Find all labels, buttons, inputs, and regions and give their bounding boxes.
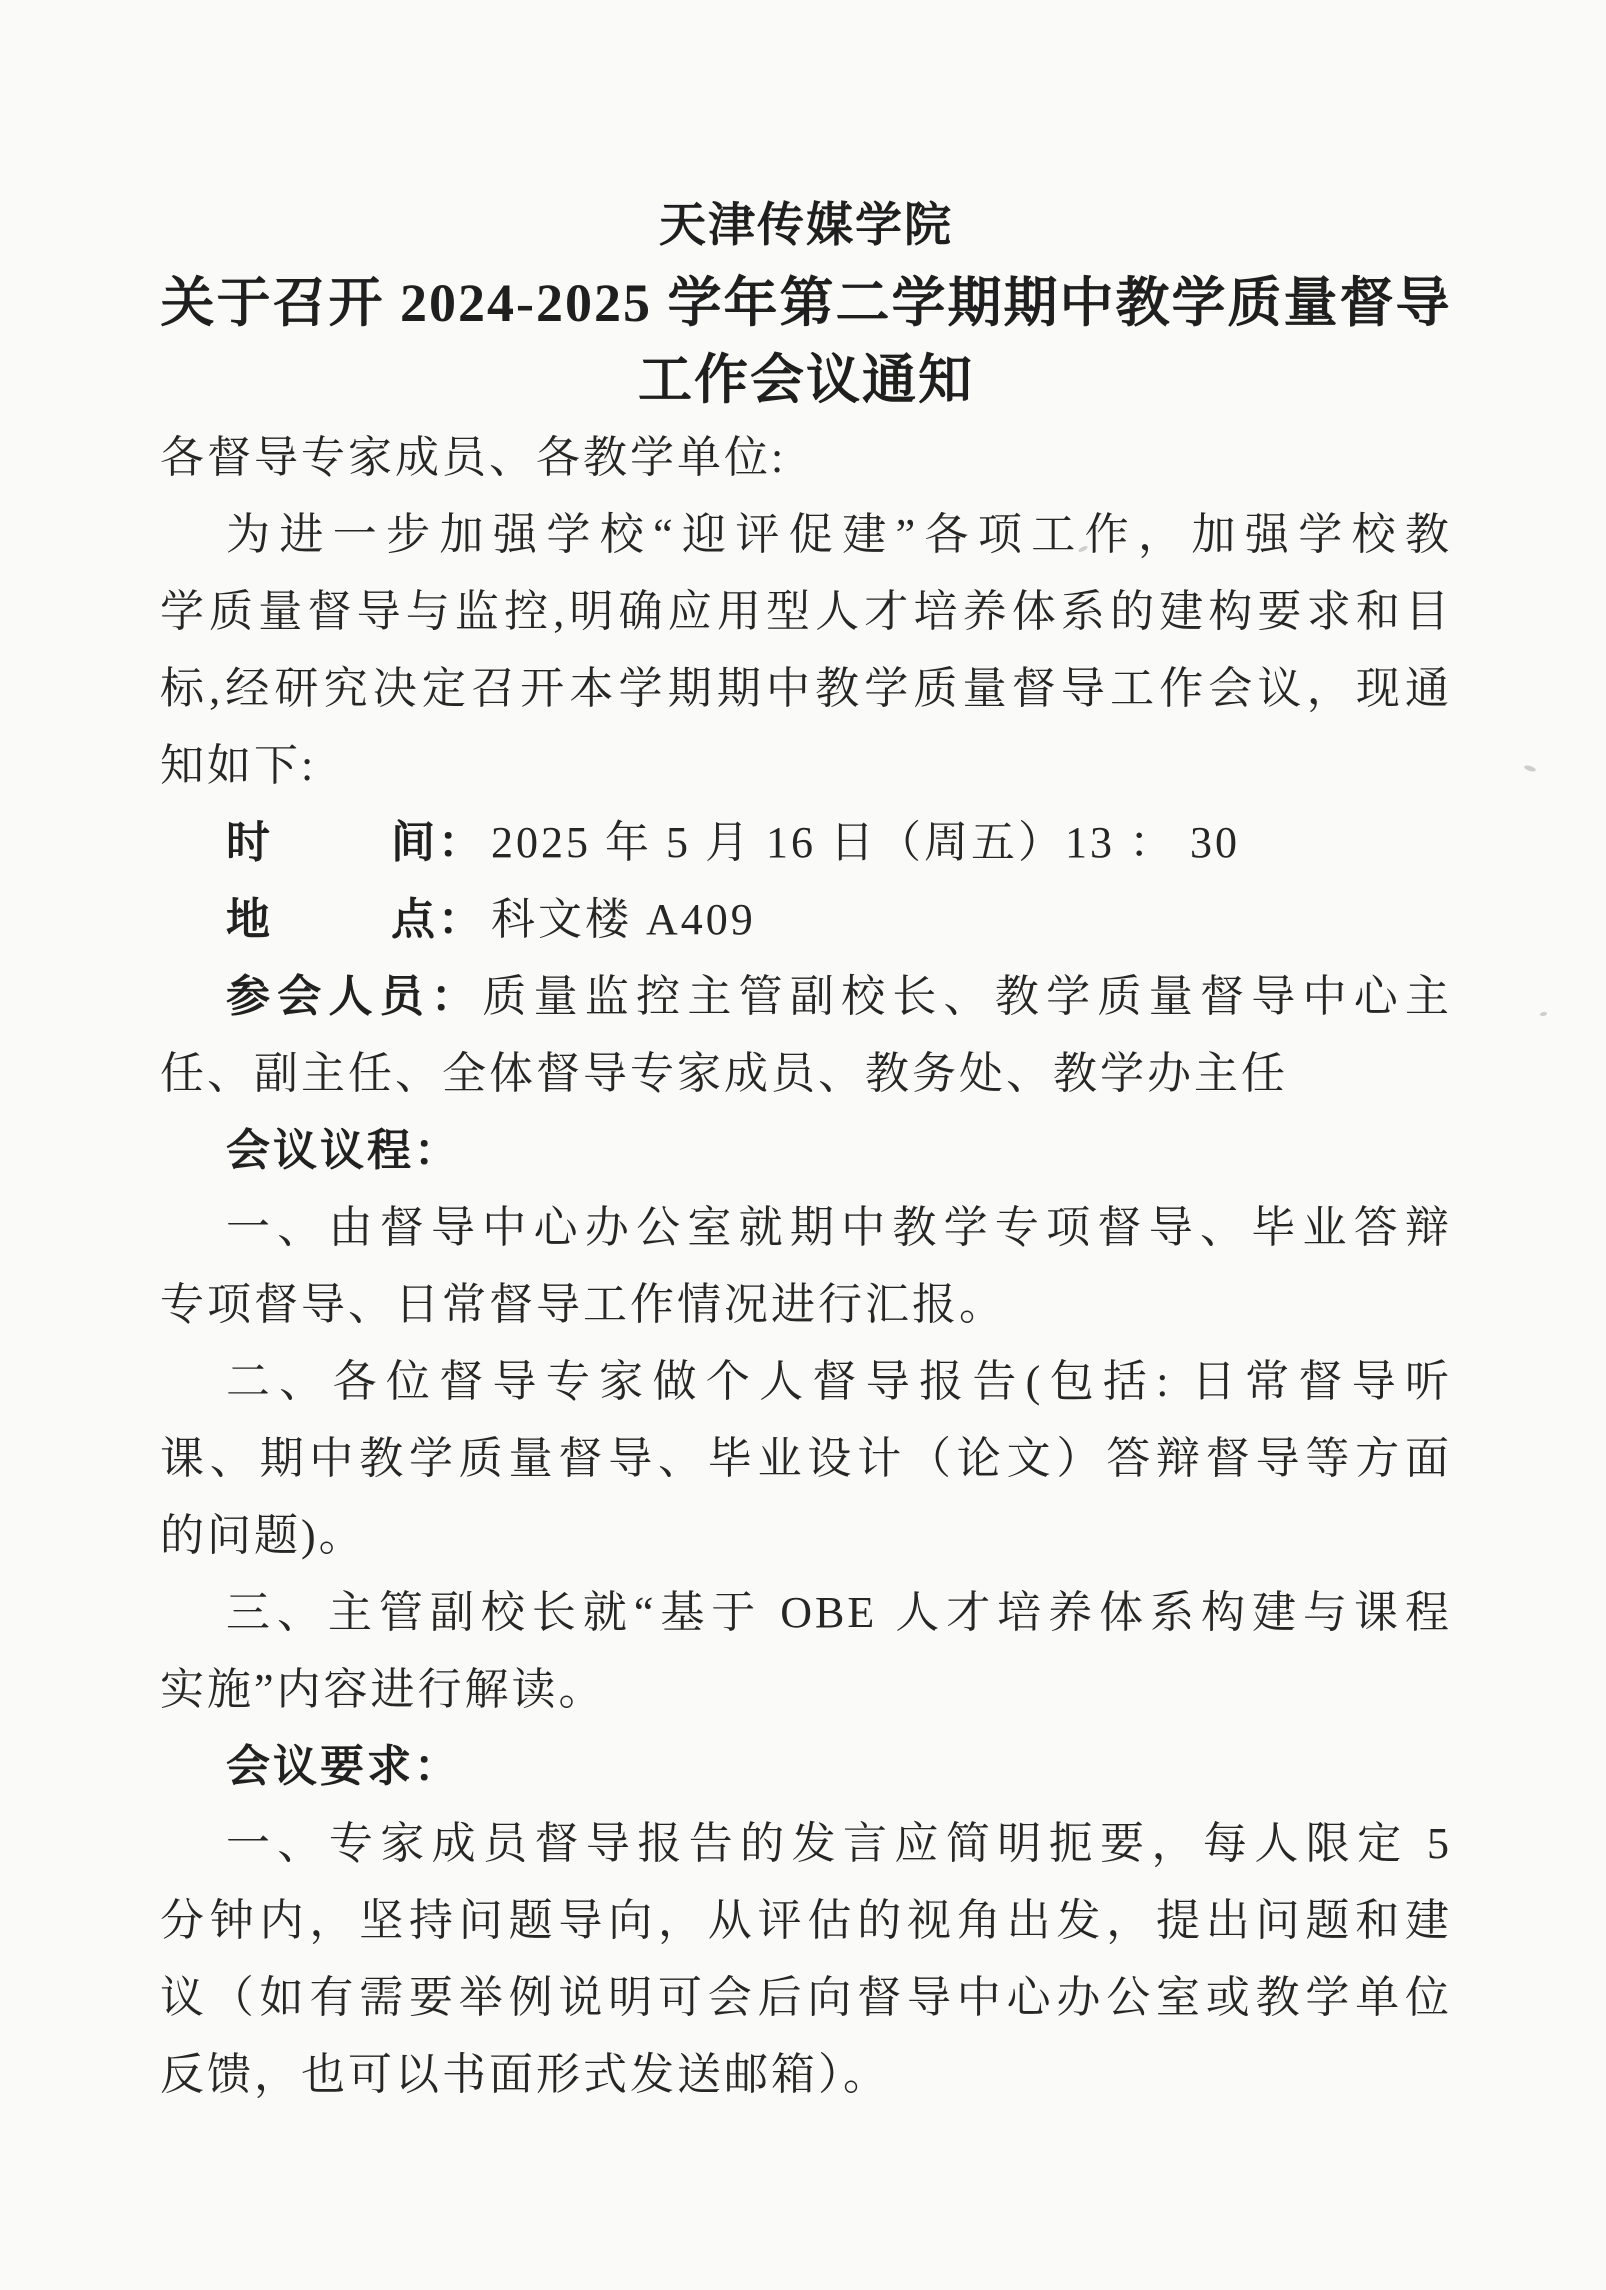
requirement-item-1-line-2: 分钟内，坚持问题导向，从评估的视角出发，提出问题和建 xyxy=(160,1882,1452,1959)
attendees-label: 参会人员： xyxy=(226,972,482,1021)
meeting-time-row: 时间：2025 年 5 月 16 日（周五）13 ： 30 xyxy=(160,804,1452,881)
document-title-org: 天津传媒学院 xyxy=(160,188,1452,265)
document-title-line2: 关于召开 2024-2025 学年第二学期期中教学质量督导 xyxy=(160,265,1452,342)
requirement-item-1: 一、专家成员督导报告的发言应简明扼要，每人限定 5 分钟内，坚持问题导向，从评估… xyxy=(160,1805,1452,2113)
scan-artifact xyxy=(1540,1011,1548,1016)
agenda-item-1-line-1: 一、由督导中心办公室就期中教学专项督导、毕业答辩 xyxy=(160,1189,1452,1266)
attendees-paragraph: 参会人员：质量监控主管副校长、教学质量督导中心主 任、副主任、全体督导专家成员、… xyxy=(160,958,1452,1112)
agenda-item-2-line-2: 课、期中教学质量督导、毕业设计（论文）答辩督导等方面 xyxy=(160,1420,1452,1497)
requirement-item-1-line-4: 反馈，也可以书面形式发送邮箱）。 xyxy=(160,2036,1452,2113)
agenda-heading: 会议议程： xyxy=(160,1112,1452,1189)
agenda-item-2-line-3: 的问题)。 xyxy=(160,1497,1452,1574)
agenda-item-2-line-1: 二、各位督导专家做个人督导报告(包括: 日常督导听 xyxy=(160,1343,1452,1420)
intro-line-2: 学质量督导与监控,明确应用型人才培养体系的建构要求和目 xyxy=(160,573,1452,650)
time-label-part2: 间： xyxy=(391,818,485,867)
place-label-part1: 地 xyxy=(226,895,273,944)
document-title-line3: 工作会议通知 xyxy=(160,342,1452,419)
agenda-item-2: 二、各位督导专家做个人督导报告(包括: 日常督导听 课、期中教学质量督导、毕业设… xyxy=(160,1343,1452,1574)
time-value: 2025 年 5 月 16 日（周五）13 ： 30 xyxy=(491,818,1240,867)
attendees-line-2: 任、副主任、全体督导专家成员、教务处、教学办主任 xyxy=(160,1035,1452,1112)
agenda-item-1-line-2: 专项督导、日常督导工作情况进行汇报。 xyxy=(160,1266,1452,1343)
agenda-item-3-line-1: 三、主管副校长就“基于 OBE 人才培养体系构建与课程 xyxy=(160,1574,1452,1651)
place-label-part2: 点： xyxy=(391,895,485,944)
place-value: 科文楼 A409 xyxy=(491,895,756,944)
scan-artifact xyxy=(1524,764,1537,772)
intro-line-4: 知如下: xyxy=(160,727,1452,804)
requirement-item-1-line-1: 一、专家成员督导报告的发言应简明扼要，每人限定 5 xyxy=(160,1805,1452,1882)
intro-paragraph: 为进一步加强学校“迎评促建”各项工作，加强学校教 学质量督导与监控,明确应用型人… xyxy=(160,496,1452,804)
salutation: 各督导专家成员、各教学单位: xyxy=(160,419,1452,496)
agenda-item-3: 三、主管副校长就“基于 OBE 人才培养体系构建与课程 实施”内容进行解读。 xyxy=(160,1574,1452,1728)
intro-line-3: 标,经研究决定召开本学期期中教学质量督导工作会议，现通 xyxy=(160,650,1452,727)
agenda-item-3-line-2: 实施”内容进行解读。 xyxy=(160,1651,1452,1728)
agenda-item-1: 一、由督导中心办公室就期中教学专项督导、毕业答辩 专项督导、日常督导工作情况进行… xyxy=(160,1189,1452,1343)
page: 天津传媒学院 关于召开 2024-2025 学年第二学期期中教学质量督导 工作会… xyxy=(0,0,1606,2290)
meeting-place-row: 地点：科文楼 A409 xyxy=(160,881,1452,958)
intro-line-1: 为进一步加强学校“迎评促建”各项工作，加强学校教 xyxy=(160,496,1452,573)
time-label-part1: 时 xyxy=(226,818,273,867)
attendees-value-part1: 质量监控主管副校长、教学质量督导中心主 xyxy=(482,972,1452,1021)
attendees-line-1: 参会人员：质量监控主管副校长、教学质量督导中心主 xyxy=(160,958,1452,1035)
requirements-heading: 会议要求： xyxy=(160,1728,1452,1805)
requirement-item-1-line-3: 议（如有需要举例说明可会后向督导中心办公室或教学单位 xyxy=(160,1959,1452,2036)
document-body: 天津传媒学院 关于召开 2024-2025 学年第二学期期中教学质量督导 工作会… xyxy=(160,188,1452,2113)
